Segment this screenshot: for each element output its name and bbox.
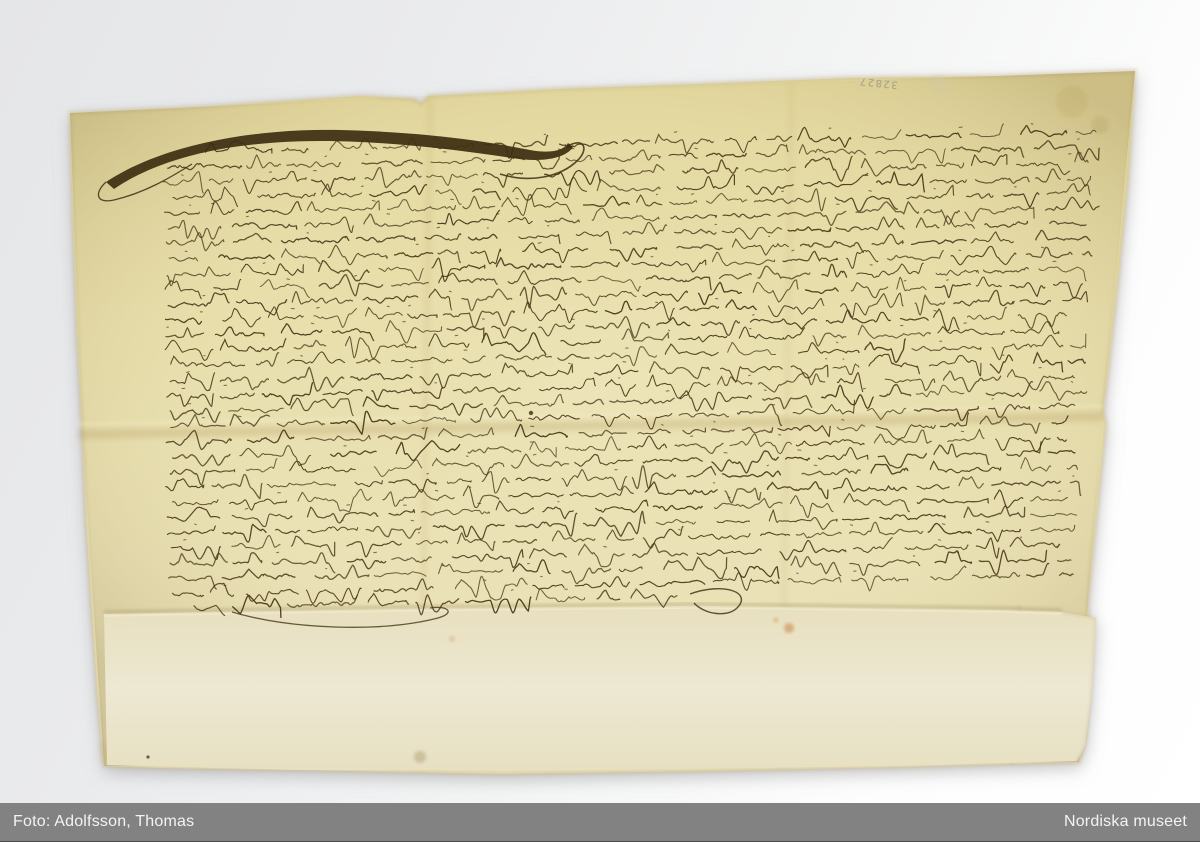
stain [146, 755, 149, 758]
stain [1091, 116, 1109, 134]
photo-canvas: 32827 Foto: Adolfsson, Thomas Nordiska m… [0, 0, 1200, 842]
stain [929, 75, 947, 93]
stain [414, 751, 426, 763]
photo-caption-bar: Foto: Adolfsson, Thomas Nordiska museet [0, 803, 1200, 842]
stain [784, 623, 794, 633]
stain [449, 636, 455, 642]
stain [1056, 86, 1088, 118]
stain [529, 411, 533, 415]
parchment: 32827 [70, 71, 1135, 774]
parchment-plica-flap [104, 606, 1096, 770]
manuscript-photo: 32827 [0, 0, 1200, 842]
photo-credit: Foto: Adolfsson, Thomas [13, 813, 194, 831]
stain [774, 618, 779, 623]
museum-name: Nordiska museet [1064, 813, 1187, 831]
